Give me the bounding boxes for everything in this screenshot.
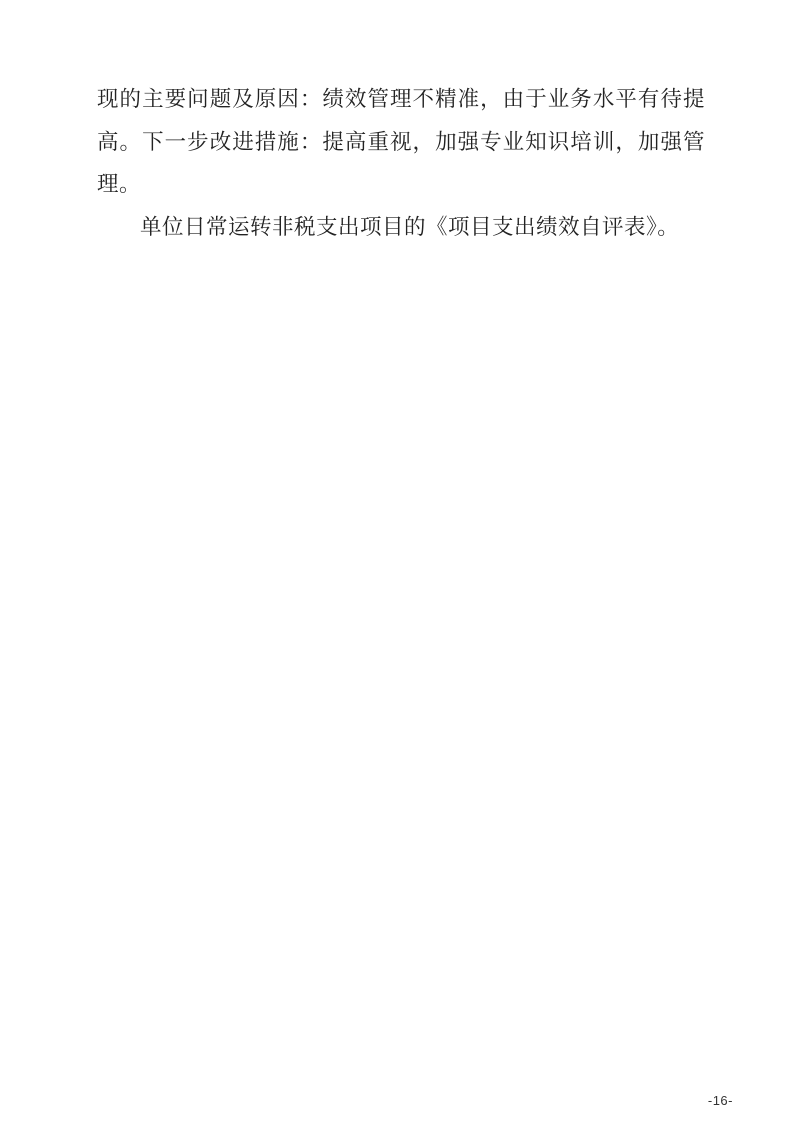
body-line-4: 单位日常运转非税支出项目的《项目支出绩效自评表》。 [97,206,705,249]
document-page: 现的主要问题及原因：绩效管理不精准，由于业务水平有待提 高。下一步改进措施：提高… [0,0,793,1122]
page-number: -16- [708,1093,733,1108]
body-text-block: 现的主要问题及原因：绩效管理不精准，由于业务水平有待提 高。下一步改进措施：提高… [97,78,705,248]
body-line-3: 理。 [97,163,705,206]
body-line-2: 高。下一步改进措施：提高重视，加强专业知识培训，加强管 [97,121,705,164]
body-line-1: 现的主要问题及原因：绩效管理不精准，由于业务水平有待提 [97,78,705,121]
